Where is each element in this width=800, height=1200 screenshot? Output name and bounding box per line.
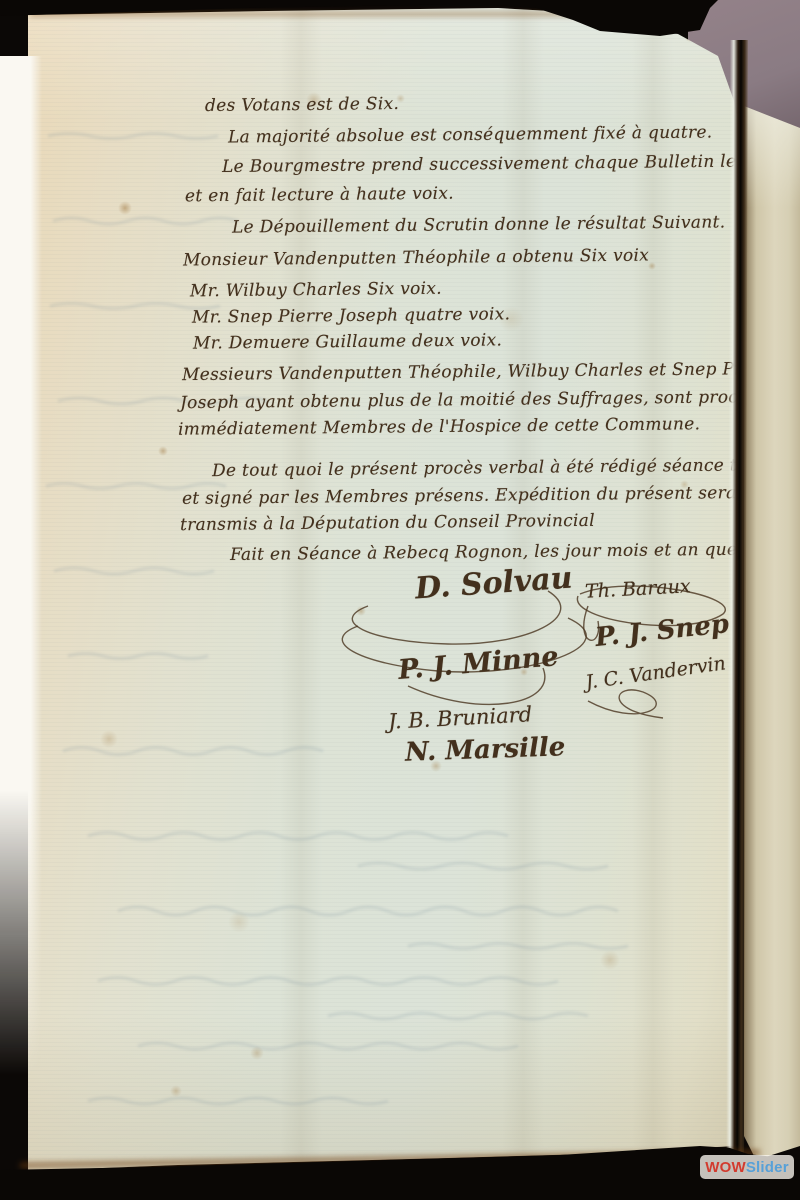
scan-edge-white-strip — [0, 56, 42, 1076]
signature: N. Marsille — [405, 732, 566, 768]
manuscript-page: des Votans est de Six. La majorité absol… — [28, 6, 742, 1178]
wowslider-watermark[interactable]: WOWSlider — [700, 1155, 794, 1179]
adjacent-page-edge — [744, 88, 800, 1160]
watermark-brand-red: WOW — [705, 1159, 746, 1176]
watermark-brand-blue: Slider — [746, 1159, 789, 1176]
scanned-manuscript-photo: des Votans est de Six. La majorité absol… — [0, 0, 800, 1200]
burned-edge-top — [30, 12, 630, 16]
